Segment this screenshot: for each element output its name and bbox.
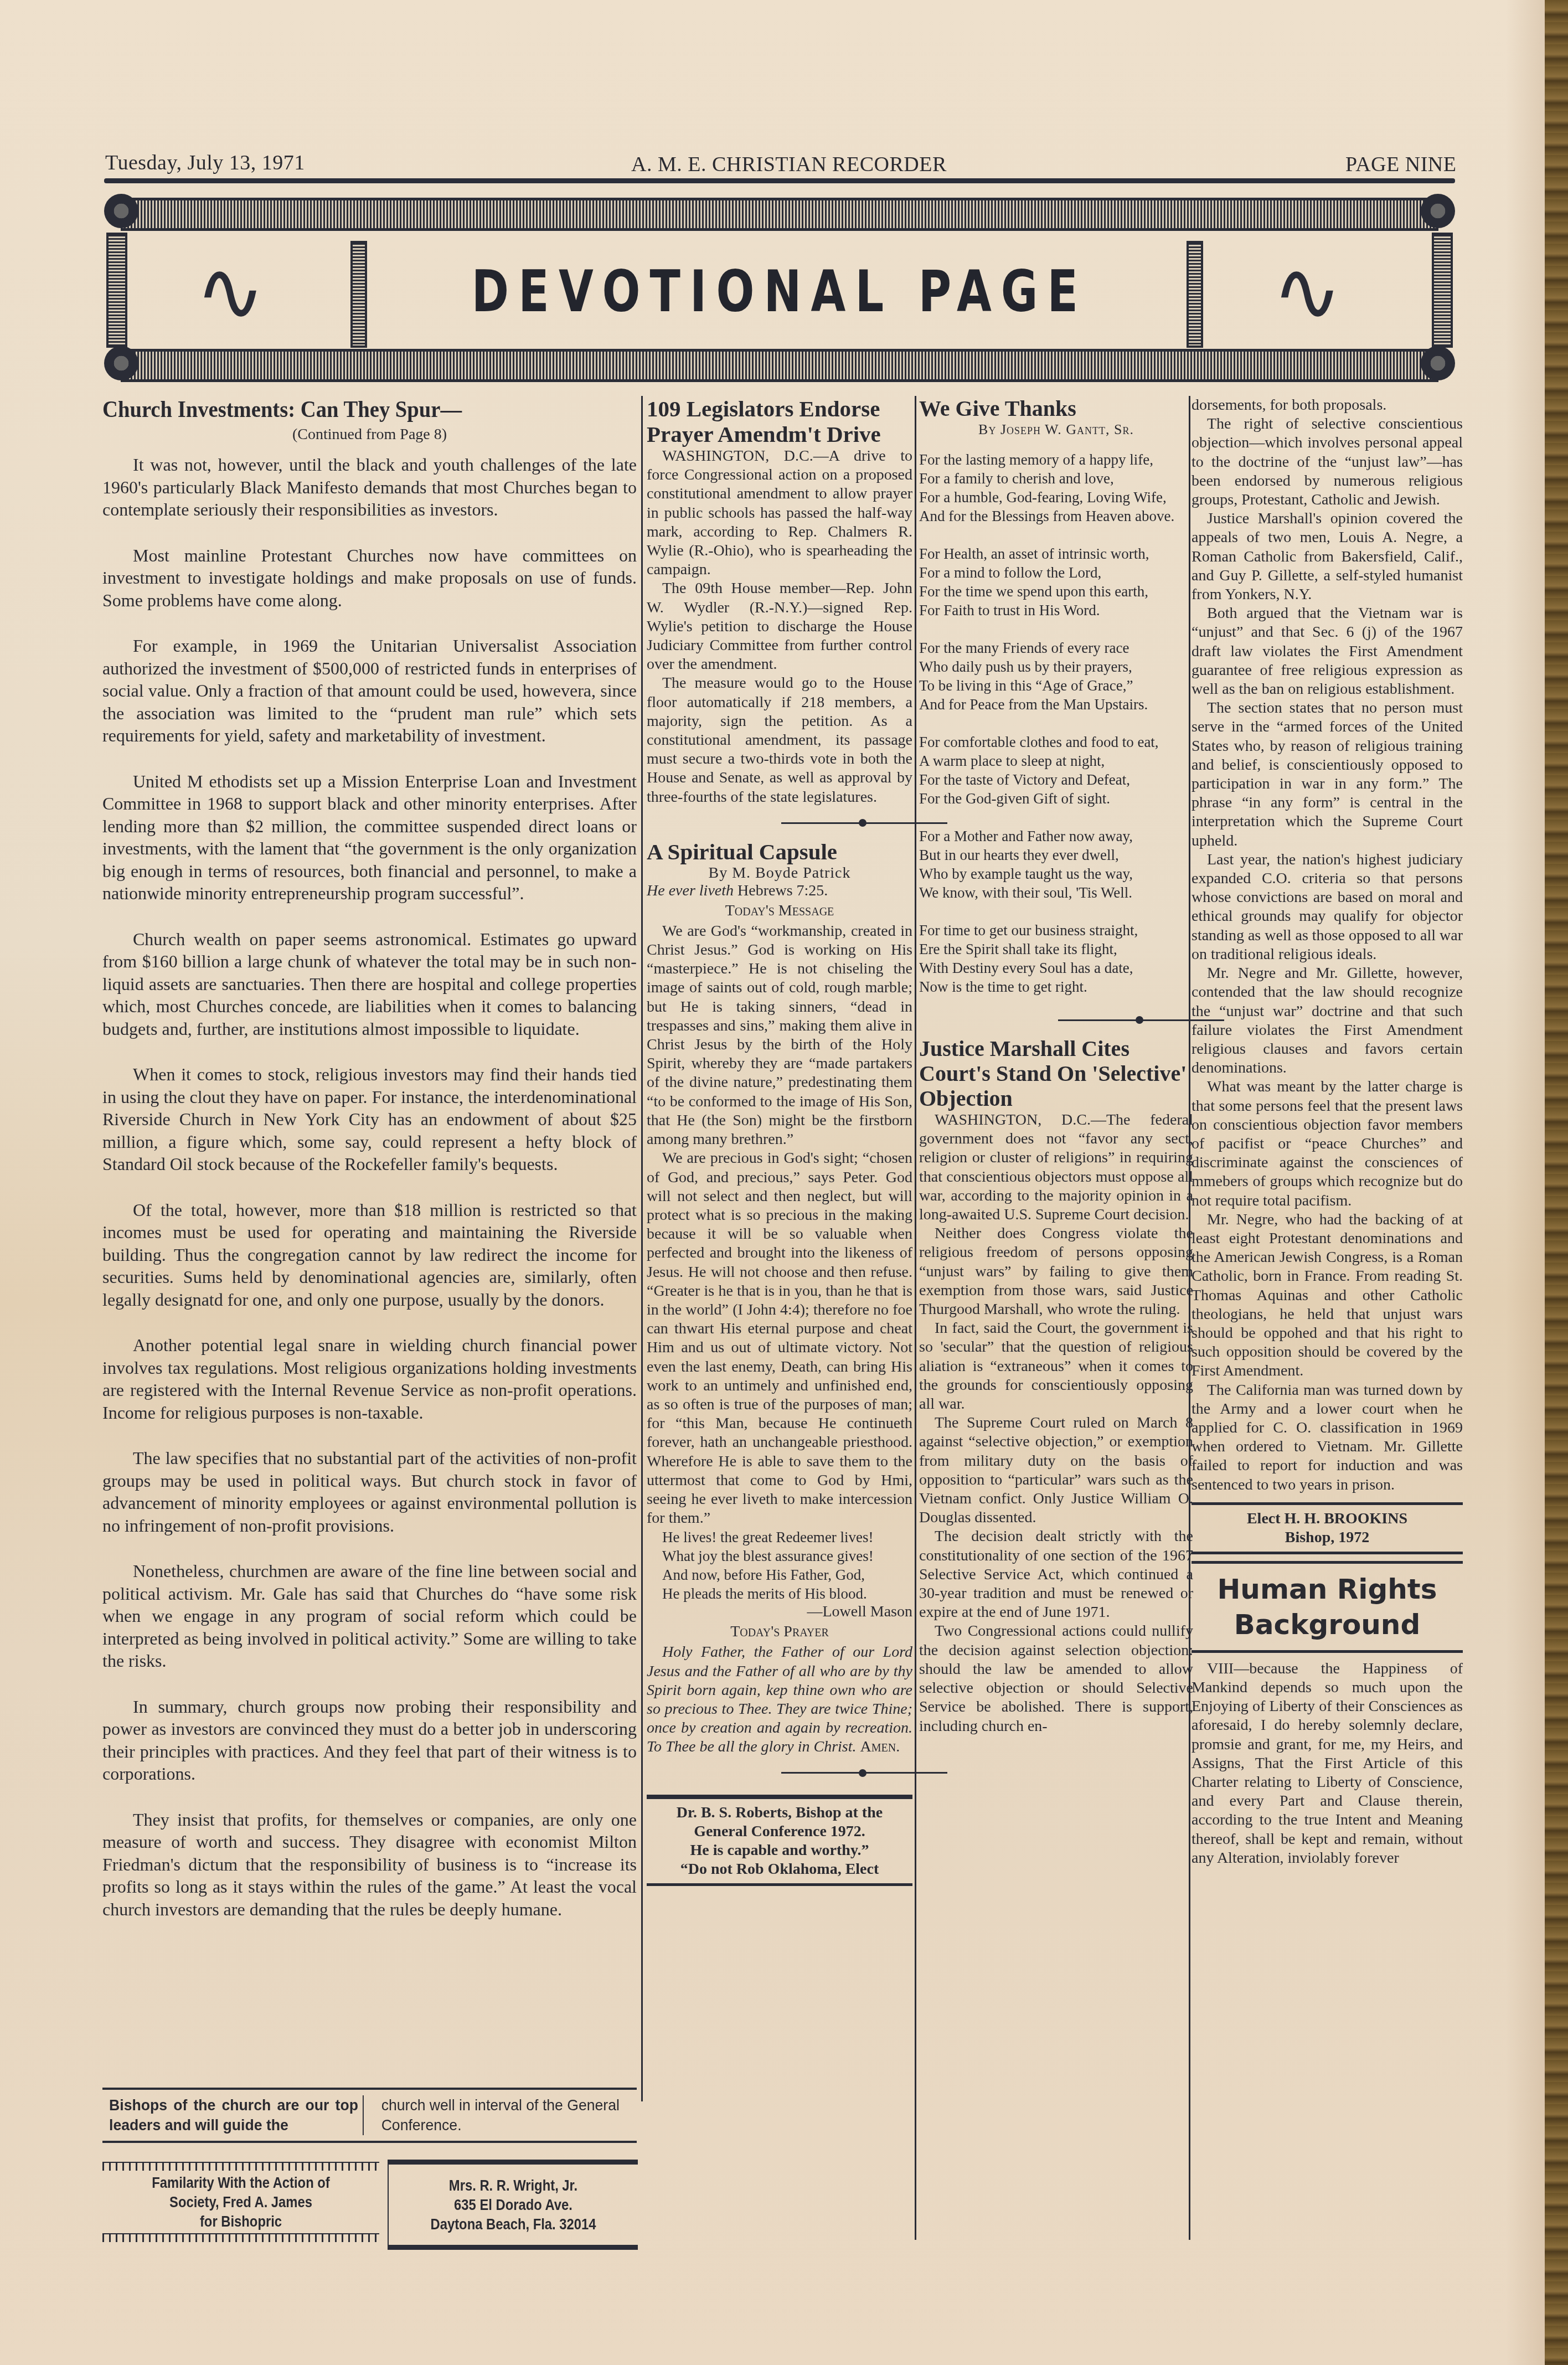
poem-line: Who by example taught us the way, xyxy=(919,864,1193,883)
capsule-byline: By M. Boyde Patrick xyxy=(647,864,912,882)
ad-line: Society, Fred A. James xyxy=(123,2192,359,2212)
ad-line: Familarity With the Action of xyxy=(123,2173,359,2192)
paragraph: The decision dealt strictly with the con… xyxy=(919,1527,1193,1622)
poem-line: For the lasting memory of a happy life, xyxy=(919,450,1193,469)
paragraph: The section states that no person must s… xyxy=(1192,699,1463,851)
poem-stanza: For Health, an asset of intrinsic worth,… xyxy=(919,544,1193,620)
paragraph: The right of selective conscientious obj… xyxy=(1192,415,1463,509)
continued-note: (Continued from Page 8) xyxy=(102,426,637,444)
ad-line: 635 El Dorado Ave. xyxy=(408,2195,620,2214)
legislators-headline: 109 Legislators Endorse Prayer Amendm't … xyxy=(647,396,912,447)
hymn-line: He pleads the merits of His blood. xyxy=(662,1584,912,1603)
verse-reference: Hebrews 7:25. xyxy=(737,882,828,899)
section-divider xyxy=(647,818,912,828)
poem-line: A warm place to sleep at night, xyxy=(919,751,1193,770)
banner-border-bottom xyxy=(121,349,1438,382)
paragraph: WASHINGTON, D.C.—A drive to force Congre… xyxy=(647,447,912,579)
column-rule xyxy=(915,396,916,2240)
paragraph: Both argued that the Vietnam war is “unj… xyxy=(1192,604,1463,699)
poem-line: For Faith to trust in His Word. xyxy=(919,601,1193,620)
marshall-headline: Justice Marshall Cites Court's Stand On … xyxy=(919,1036,1193,1111)
headline-line: Background xyxy=(1192,1607,1463,1642)
page-number: PAGE NINE xyxy=(1345,152,1457,177)
paragraph: Nonetheless, churchmen are aware of the … xyxy=(102,1560,637,1672)
poem-line: For time to get our business straight, xyxy=(919,921,1193,940)
section-divider xyxy=(647,1768,912,1778)
poem-line: For a mind to follow the Lord, xyxy=(919,563,1193,582)
thanks-headline: We Give Thanks xyxy=(919,396,1193,421)
capsule-headline: A Spiritual Capsule xyxy=(647,839,912,864)
poem-stanza: For a Mother and Father now away,But in … xyxy=(919,827,1193,902)
paragraph: Another potential legal snare in wieldin… xyxy=(102,1334,637,1424)
paragraph: Last year, the nation's highest judiciar… xyxy=(1192,851,1463,964)
paragraph: Church wealth on paper seems astronomica… xyxy=(102,928,637,1040)
paragraph: Of the total, however, more than $18 mil… xyxy=(102,1199,637,1311)
paragraph: We are God's “workmanship, created in Ch… xyxy=(647,922,912,1149)
knot-ornament-icon xyxy=(104,194,138,228)
ad-mrs-wright: Mrs. R. R. Wright, Jr. 635 El Dorado Ave… xyxy=(388,2160,638,2250)
poem-stanza: For the many Friends of every raceWho da… xyxy=(919,638,1193,714)
marshall-body: WASHINGTON, D.C.—The federal government … xyxy=(919,1111,1193,1736)
ornament-border xyxy=(102,2162,379,2171)
paragraph: Most mainline Protestant Churches now ha… xyxy=(102,544,637,612)
ad-fred-james: Familarity With the Action of Society, F… xyxy=(102,2160,379,2244)
poem-stanza: For the lasting memory of a happy life,F… xyxy=(919,450,1193,525)
paragraph: They insist that profits, for themselves… xyxy=(102,1808,637,1921)
poem-line: And for the Blessings from Heaven above. xyxy=(919,507,1193,525)
column-rule xyxy=(641,396,643,2101)
wooden-surface xyxy=(1545,0,1568,2365)
verse-text: He ever liveth xyxy=(647,882,734,899)
third-column: We Give Thanks By Joseph W. Gantt, Sr. F… xyxy=(919,396,1193,1736)
hymn-line: He lives! the great Redeemer lives! xyxy=(662,1528,912,1547)
ad-line: “Do not Rob Oklahoma, Elect xyxy=(647,1860,912,1879)
legislators-body: WASHINGTON, D.C.—A drive to force Congre… xyxy=(647,447,912,807)
paragraph: In summary, church groups now probing th… xyxy=(102,1696,637,1785)
paragraph: In fact, said the Court, the government … xyxy=(919,1319,1193,1414)
prayer-text: Holy Father, the Father of our Lord Jesu… xyxy=(647,1643,912,1756)
poem-line: But in our hearts they ever dwell, xyxy=(919,846,1193,864)
paragraph: Mr. Negre and Mr. Gillette, however, con… xyxy=(1192,964,1463,1078)
paragraph: dorsements, for both proposals. xyxy=(1192,396,1463,415)
marshall-continuation: dorsements, for both proposals.The right… xyxy=(1192,396,1463,1495)
paragraph: Neither does Congress violate the religi… xyxy=(919,1224,1193,1319)
poem-line: We know, with their soul, 'Tis Well. xyxy=(919,883,1193,902)
paragraph: Justice Marshall's opinion covered the a… xyxy=(1192,509,1463,604)
human-rights-text: VIII—because the Happiness of Mankind de… xyxy=(1192,1660,1463,1868)
ornament-border xyxy=(102,2233,379,2242)
poem-line: For a humble, God-fearing, Loving Wife, xyxy=(919,488,1193,507)
notice-right: church well in interval of the General C… xyxy=(377,2095,630,2135)
poem-line: For comfortable clothes and food to eat, xyxy=(919,733,1193,751)
poem-line: For the many Friends of every race xyxy=(919,638,1193,657)
banner-border-left xyxy=(106,233,127,348)
poem-line: With Destiny every Soul has a date, xyxy=(919,959,1193,977)
poem-line: For Health, an asset of intrinsic worth, xyxy=(919,544,1193,563)
devotional-banner: ∿ ∿ DEVOTIONAL PAGE xyxy=(104,191,1455,388)
paragraph: The law specifies that no substantial pa… xyxy=(102,1447,637,1537)
paragraph: The Supreme Court ruled on March 8 again… xyxy=(919,1414,1193,1527)
paragraph: The California man was turned down by th… xyxy=(1192,1381,1463,1495)
rule xyxy=(1192,1650,1463,1653)
poem-stanza: For time to get our business straight,Er… xyxy=(919,921,1193,996)
ad-roberts: Dr. B. S. Roberts, Bishop at the General… xyxy=(647,1795,912,1886)
poem-line: For a family to cherish and love, xyxy=(919,469,1193,488)
headline-line: Human Rights xyxy=(1192,1571,1463,1607)
human-rights-headline: Human Rights Background xyxy=(1192,1564,1463,1650)
article-body: It was not, however, until the black and… xyxy=(102,454,637,1920)
ad-line: General Conference 1972. xyxy=(647,1822,912,1841)
capsule-body: We are God's “workmanship, created in Ch… xyxy=(647,922,912,1528)
todays-prayer-label: Today's Prayer xyxy=(647,1623,912,1641)
paragraph: For example, in 1969 the Unitarian Unive… xyxy=(102,635,637,747)
poem-line: For the time we spend upon this earth, xyxy=(919,582,1193,601)
paragraph: What was meant by the latter charge is t… xyxy=(1192,1078,1463,1210)
ad-line: He is capable and worthy.” xyxy=(647,1841,912,1860)
ad-line: Bishop, 1972 xyxy=(1192,1528,1463,1547)
poem-line: For the taste of Victory and Defeat, xyxy=(919,770,1193,789)
banner-border-top xyxy=(121,198,1438,231)
paragraph: United M ethodists set up a Mission Ente… xyxy=(102,770,637,905)
church-investments-article: Church Investments: Can They Spur— (Cont… xyxy=(102,396,637,1944)
thanks-poem: For the lasting memory of a happy life,F… xyxy=(919,450,1193,996)
poem-line: For the God-given Gift of sight. xyxy=(919,789,1193,808)
hymn-verse: He lives! the great Redeemer lives!What … xyxy=(662,1528,912,1603)
bishops-notice: Bishops of the church are our top leader… xyxy=(102,2088,637,2143)
poem-line: For a Mother and Father now away, xyxy=(919,827,1193,846)
paragraph: The 09th House member—Rep. John W. Wydle… xyxy=(647,579,912,674)
poem-line: And for Peace from the Man Upstairs. xyxy=(919,695,1193,714)
hymn-line: What joy the blest assurance gives! xyxy=(662,1547,912,1565)
ad-line: Dr. B. S. Roberts, Bishop at the xyxy=(647,1804,912,1822)
paragraph: The measure would go to the House floor … xyxy=(647,674,912,806)
section-divider xyxy=(919,1015,1193,1025)
fourth-column: dorsements, for both proposals.The right… xyxy=(1192,396,1463,1868)
publication-name: A. M. E. CHRISTIAN RECORDER xyxy=(631,152,947,177)
banner-border-right xyxy=(1432,233,1453,348)
todays-message-label: Today's Message xyxy=(647,902,912,920)
center-column: 109 Legislators Endorse Prayer Amendm't … xyxy=(647,396,912,1886)
page-title: DEVOTIONAL PAGE xyxy=(252,257,1306,325)
knot-ornament-icon xyxy=(104,346,138,380)
ad-line: Mrs. R. R. Wright, Jr. xyxy=(408,2176,620,2195)
knot-ornament-icon xyxy=(1421,194,1455,228)
poem-line: Who daily push us by their prayers, xyxy=(919,657,1193,676)
paragraph: It was not, however, until the black and… xyxy=(102,454,637,521)
thanks-byline: By Joseph W. Gantt, Sr. xyxy=(919,421,1193,438)
ad-line: Elect H. H. BROOKINS xyxy=(1192,1509,1463,1528)
ad-brookins: Elect H. H. BROOKINS Bishop, 1972 xyxy=(1192,1502,1463,1554)
hymn-author: —Lowell Mason xyxy=(647,1603,912,1621)
ad-line: for Bishopric xyxy=(123,2212,359,2231)
poem-stanza: For comfortable clothes and food to eat,… xyxy=(919,733,1193,808)
issue-date: Tuesday, July 13, 1971 xyxy=(105,151,305,175)
poem-line: Now is the time to get right. xyxy=(919,977,1193,996)
header-rule xyxy=(104,178,1455,183)
ad-line: Daytona Beach, Fla. 32014 xyxy=(408,2214,620,2234)
paragraph: We are precious in God's sight; “chosen … xyxy=(647,1149,912,1528)
notice-left: Bishops of the church are our top leader… xyxy=(109,2095,363,2135)
hymn-line: And now, before His Father, God, xyxy=(662,1565,912,1584)
article-headline: Church Investments: Can They Spur— xyxy=(102,396,594,424)
poem-line: To be living in this “Age of Grace,” xyxy=(919,676,1193,695)
paragraph: When it comes to stock, religious invest… xyxy=(102,1063,637,1176)
poem-line: Ere the Spirit shall take its flight, xyxy=(919,940,1193,959)
paragraph: Two Congressional actions could nullify … xyxy=(919,1622,1193,1735)
knot-ornament-icon xyxy=(1421,346,1455,380)
paragraph: WASHINGTON, D.C.—The federal government … xyxy=(919,1111,1193,1224)
paragraph: Mr. Negre, who had the backing of at lea… xyxy=(1192,1210,1463,1381)
